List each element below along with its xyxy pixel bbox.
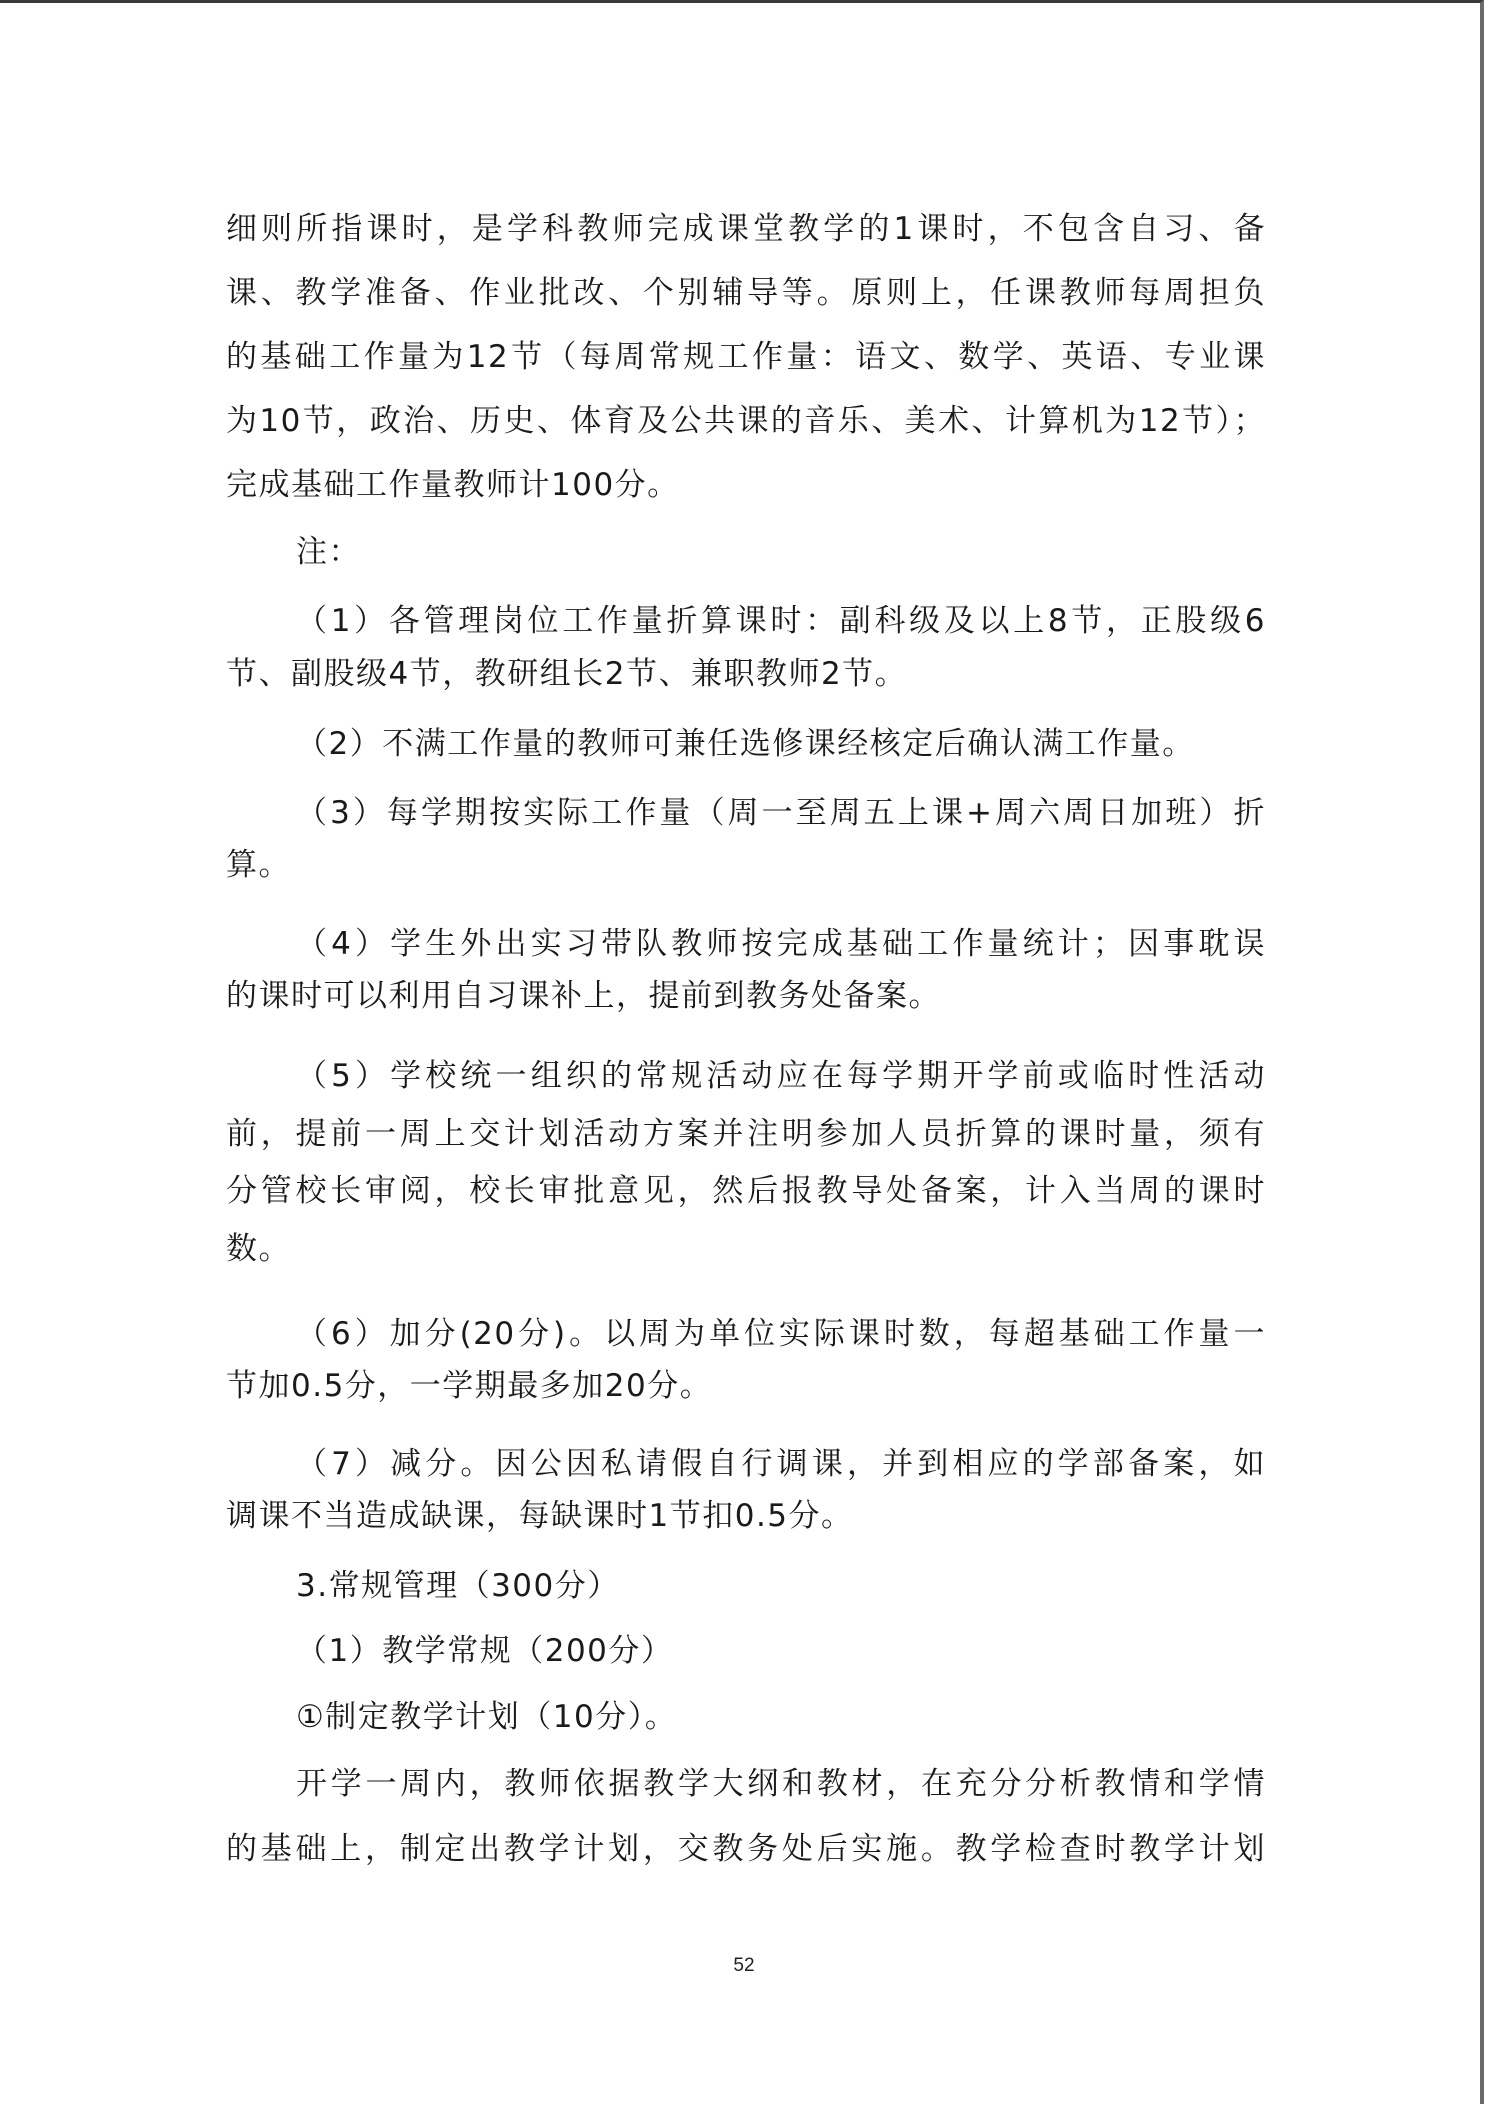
text-line: 课、教学准备、作业批改、个别辅导等。原则上，任课教师每周担负 — [226, 267, 1266, 312]
note-item-3-cont: 算。 — [226, 839, 291, 884]
note-item-3: （3）每学期按实际工作量（周一至周五上课+周六周日加班）折 — [296, 787, 1266, 832]
document-page: 细则所指课时，是学科教师完成课堂教学的1课时，不包含自习、备 课、教学准备、作业… — [0, 0, 1484, 2104]
note-item-2: （2）不满工作量的教师可兼任选修课经核定后确认满工作量。 — [296, 718, 1195, 763]
text-line: 的基础工作量为12节（每周常规工作量：语文、数学、英语、专业课 — [226, 331, 1266, 376]
note-item-5: （5）学校统一组织的常规活动应在每学期开学前或临时性活动 — [296, 1050, 1266, 1095]
item-heading: ①制定教学计划（10分）。 — [296, 1691, 677, 1736]
page-number: 52 — [0, 1955, 1488, 1977]
text-line: 为10节，政治、历史、体育及公共课的音乐、美术、计算机为12节）； — [226, 395, 1266, 440]
note-item-6-cont: 节加0.5分，一学期最多加20分。 — [226, 1360, 712, 1405]
note-item-5-cont: 分管校长审阅，校长审批意见，然后报教导处备案，计入当周的课时 — [226, 1165, 1266, 1210]
text-line: 细则所指课时，是学科教师完成课堂教学的1课时，不包含自习、备 — [226, 203, 1266, 248]
note-item-5-cont: 数。 — [226, 1223, 291, 1268]
note-item-6: （6）加分(20分)。以周为单位实际课时数，每超基础工作量一 — [296, 1308, 1266, 1353]
note-item-1-cont: 节、副股级4节，教研组长2节、兼职教师2节。 — [226, 648, 907, 693]
note-label: 注： — [296, 526, 361, 571]
note-item-7-cont: 调课不当造成缺课，每缺课时1节扣0.5分。 — [226, 1490, 854, 1535]
text-line: 开学一周内，教师依据教学大纲和教材，在充分分析教情和学情 — [296, 1758, 1266, 1803]
note-item-5-cont: 前，提前一周上交计划活动方案并注明参加人员折算的课时量，须有 — [226, 1108, 1266, 1153]
text-line: 的基础上，制定出教学计划，交教务处后实施。教学检查时教学计划 — [226, 1823, 1266, 1868]
text-line: 完成基础工作量教师计100分。 — [226, 459, 680, 504]
subsection-heading: （1）教学常规（200分） — [296, 1625, 673, 1670]
note-item-1: （1）各管理岗位工作量折算课时：副科级及以上8节，正股级6 — [296, 595, 1266, 640]
note-item-4: （4）学生外出实习带队教师按完成基础工作量统计；因事耽误 — [296, 918, 1266, 963]
note-item-4-cont: 的课时可以利用自习课补上，提前到教务处备案。 — [226, 970, 941, 1015]
note-item-7: （7）减分。因公因私请假自行调课，并到相应的学部备案，如 — [296, 1438, 1266, 1483]
section-heading: 3.常规管理（300分） — [296, 1560, 620, 1605]
